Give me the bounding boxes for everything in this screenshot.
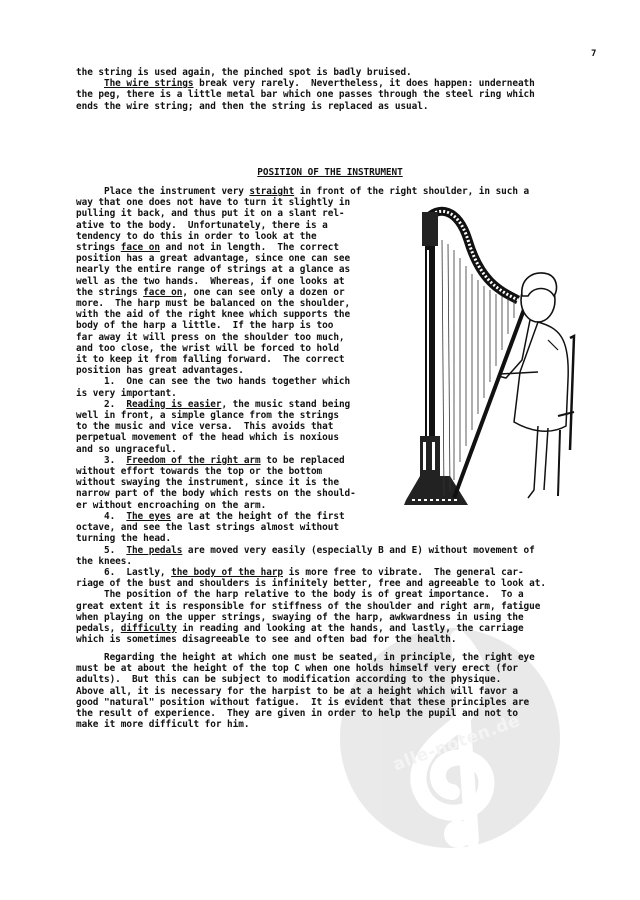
text-line: great extent it is responsible for stiff…: [76, 601, 546, 612]
text-line: 5. The pedals are moved very easily (esp…: [76, 545, 546, 556]
text-line: The position of the harp relative to the…: [76, 589, 546, 600]
harpist-illustration: [398, 200, 583, 515]
text-line: adults). But this can be subject to modi…: [76, 674, 535, 685]
text-line: must be at about the height of the top C…: [76, 663, 535, 674]
text-line: ends the wire string; and then the strin…: [76, 101, 535, 112]
text-line: Regarding the height at which one must b…: [76, 652, 535, 663]
text-line: the result of experience. They are given…: [76, 708, 535, 719]
text-line: 6. Lastly, the body of the harp is more …: [76, 567, 546, 578]
text-line: octave, and see the last strings almost …: [76, 522, 546, 533]
text-line: The wire strings break very rarely. Neve…: [76, 78, 535, 89]
text-line: good "natural" position without fatigue.…: [76, 697, 535, 708]
text-line: Above all, it is necessary for the harpi…: [76, 686, 535, 697]
text-line: the peg, there is a little metal bar whi…: [76, 89, 535, 100]
section-heading-text: POSITION OF THE INSTRUMENT: [257, 167, 402, 178]
text-line: the string is used again, the pinched sp…: [76, 67, 535, 78]
text-line: make it more difficult for him.: [76, 719, 535, 730]
text-line: which is sometimes disagreeable to see a…: [76, 634, 546, 645]
text-line: when playing on the upper strings, swayi…: [76, 612, 546, 623]
text-line: turning the head.: [76, 533, 546, 544]
text-line: riage of the bust and shoulders is infin…: [76, 578, 546, 589]
document-page: alle-noten.de 7 the string is used again…: [0, 0, 640, 900]
text-line: Place the instrument very straight in fr…: [76, 186, 546, 197]
text-line: pedals, difficulty in reading and lookin…: [76, 623, 546, 634]
page-number: 7: [591, 49, 596, 60]
final-paragraph: Regarding the height at which one must b…: [76, 652, 535, 730]
section-heading: POSITION OF THE INSTRUMENT: [0, 167, 640, 178]
text-line: the knees.: [76, 556, 546, 567]
intro-paragraph: the string is used again, the pinched sp…: [76, 67, 535, 112]
